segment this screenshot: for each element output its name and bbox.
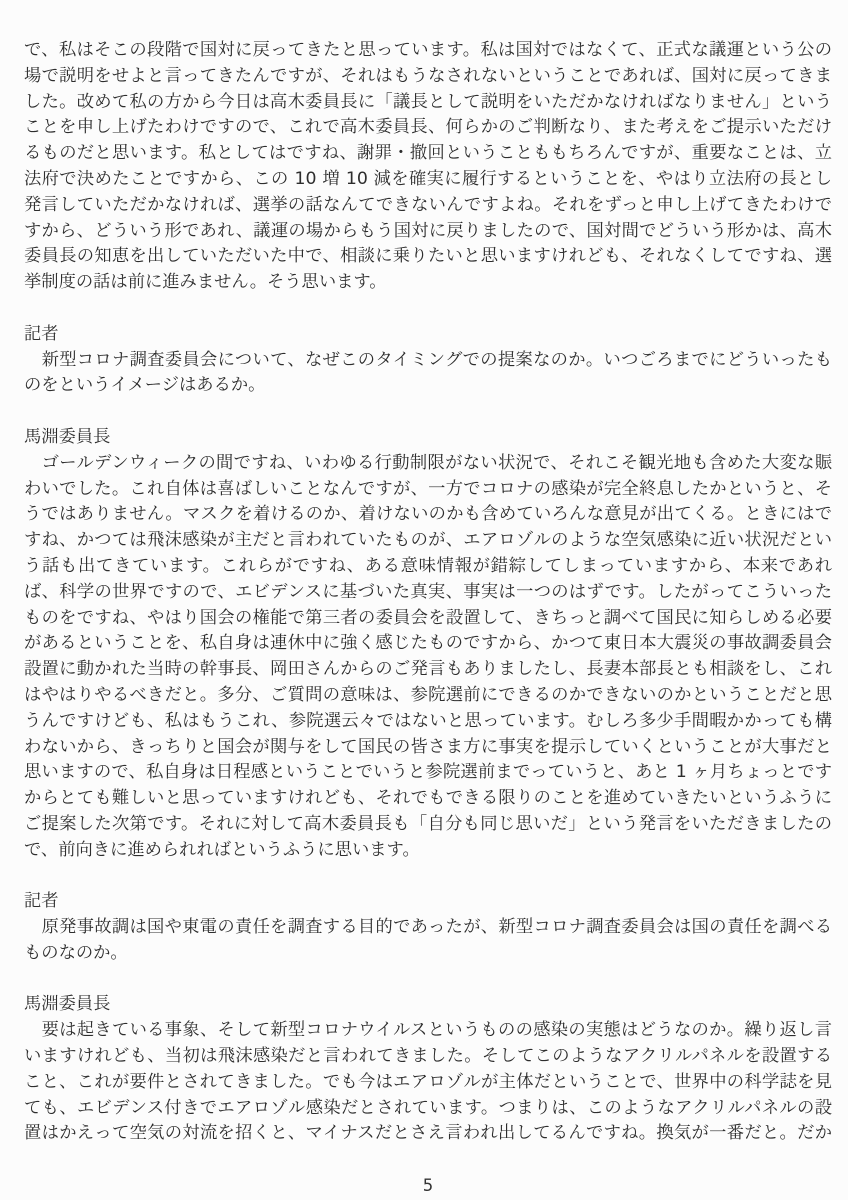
text-line: があるということを、私自身は連休中に強く感じたものですから、かつて東日本大震災の… — [24, 631, 832, 657]
text-line: で、私はそこの段階で国対に戻ってきたと思っています。私は国対ではなくて、正式な議… — [24, 38, 832, 64]
speaker-label: 記者 — [24, 889, 832, 915]
text-line: 発言していただかなければ、選挙の話なんてできないんですよね。それをずっと申し上げ… — [24, 193, 832, 219]
text-line: こと、これが要件とされてきました。でも今はエアロゾルが主体だということで、世界中… — [24, 1070, 832, 1096]
page-number: 5 — [24, 1173, 832, 1199]
text-line: ても、エビデンス付きでエアロゾル感染だとされています。つまりは、このようなアクリ… — [24, 1096, 832, 1122]
paragraph: 新型コロナ調査委員会について、なぜこのタイミングでの提案なのか。いつごろまでにど… — [24, 348, 832, 400]
text-line: ご提案した次第です。それに対して高木委員長も「自分も同じ思いだ」という発言をいた… — [24, 812, 832, 838]
text-line: ものなのか。 — [24, 941, 832, 967]
text-line: すから、どういう形であれ、議運の場からもう国対に戻りましたので、国対間でどういう… — [24, 219, 832, 245]
text-line: ば、科学の世界ですので、エビデンスに基づいた真実、事実は一つのはずです。したがっ… — [24, 580, 832, 606]
text-line: 置はかえって空気の対流を招くと、マイナスだとさえ言われ出してるんですね。換気が一… — [24, 1121, 832, 1147]
text-line: のをというイメージはあるか。 — [24, 373, 832, 399]
text-line: わないから、きっちりと国会が関与をして国民の皆さま方に事実を提示していくというこ… — [24, 735, 832, 761]
paragraph: 要は起きている事象、そして新型コロナウイルスというものの感染の実態はどうなのか。… — [24, 1018, 832, 1147]
text-line: うんですけども、私はもうこれ、参院選云々ではないと思っています。むしろ多少手間暇… — [24, 709, 832, 735]
text-line: 設置に動かれた当時の幹事長、岡田さんからのご発言もありましたし、長妻本部長とも相… — [24, 657, 832, 683]
text-line: 挙制度の話は前に進みません。そう思います。 — [24, 270, 832, 296]
paragraph: で、私はそこの段階で国対に戻ってきたと思っています。私は国対ではなくて、正式な議… — [24, 38, 832, 296]
text-line: ことを申し上げたわけですので、これで高木委員長、何らかのご判断なり、また考えをご… — [24, 115, 832, 141]
text-line: した。改めて私の方から今日は高木委員長に「議長として説明をいただかなければなりま… — [24, 90, 832, 116]
paragraph-gap — [24, 967, 832, 993]
text-line: ゴールデンウィークの間ですね、いわゆる行動制限がない状況で、それこそ観光地も含め… — [24, 451, 832, 477]
paragraph: 原発事故調は国や東電の責任を調査する目的であったが、新型コロナ調査委員会は国の責… — [24, 915, 832, 967]
paragraph-gap — [24, 864, 832, 890]
text-line: 新型コロナ調査委員会について、なぜこのタイミングでの提案なのか。いつごろまでにど… — [24, 348, 832, 374]
text-line: からとても難しいと思っていますけれども、それでもできる限りのことを進めていきたい… — [24, 786, 832, 812]
text-line: 思いますので、私自身は日程感ということでいうと参院選前までっていうと、あと 1 … — [24, 760, 832, 786]
paragraph-gap — [24, 296, 832, 322]
speaker-label: 馬淵委員長 — [24, 992, 832, 1018]
text-line: 要は起きている事象、そして新型コロナウイルスというものの感染の実態はどうなのか。… — [24, 1018, 832, 1044]
text-line: いますけれども、当初は飛沫感染だと言われてきました。そしてこのようなアクリルパネ… — [24, 1044, 832, 1070]
speaker-label: 記者 — [24, 322, 832, 348]
text-line: 委員長の知恵を出していただいた中で、相談に乗りたいと思いますけれども、それなくし… — [24, 244, 832, 270]
paragraph: ゴールデンウィークの間ですね、いわゆる行動制限がない状況で、それこそ観光地も含め… — [24, 451, 832, 864]
text-line: で、前向きに進められればというふうに思います。 — [24, 838, 832, 864]
speaker-label: 馬淵委員長 — [24, 425, 832, 451]
text-line: るものだと思います。私としてはですね、謝罪・撤回ということももちろんですが、重要… — [24, 141, 832, 167]
text-line: はやはりやるべきだと。多分、ご質問の意味は、参院選前にできるのかできないのかとい… — [24, 683, 832, 709]
text-line: 法府で決めたことですから、この 10 増 10 減を確実に履行するということを、… — [24, 167, 832, 193]
text-line: わいでした。これ自体は喜ばしいことなんですが、一方でコロナの感染が完全終息したか… — [24, 477, 832, 503]
text-line: 場で説明をせよと言ってきたんですが、それはもうなされないということであれば、国対… — [24, 64, 832, 90]
paragraph-gap — [24, 399, 832, 425]
text-line: うではありません。マスクを着けるのか、着けないのかも含めていろんな意見が出てくる… — [24, 502, 832, 528]
document-page: で、私はそこの段階で国対に戻ってきたと思っています。私は国対ではなくて、正式な議… — [0, 0, 848, 1200]
text-line: すね、かつては飛沫感染が主だと言われていたものが、エアロゾルのような空気感染に近… — [24, 528, 832, 554]
document-body: で、私はそこの段階で国対に戻ってきたと思っています。私は国対ではなくて、正式な議… — [24, 38, 832, 1147]
text-line: 原発事故調は国や東電の責任を調査する目的であったが、新型コロナ調査委員会は国の責… — [24, 915, 832, 941]
text-line: ものをですね、やはり国会の権能で第三者の委員会を設置して、きちっと調べて国民に知… — [24, 606, 832, 632]
text-line: う話も出てきています。これらがですね、ある意味情報が錯綜してしまっていますから、… — [24, 554, 832, 580]
